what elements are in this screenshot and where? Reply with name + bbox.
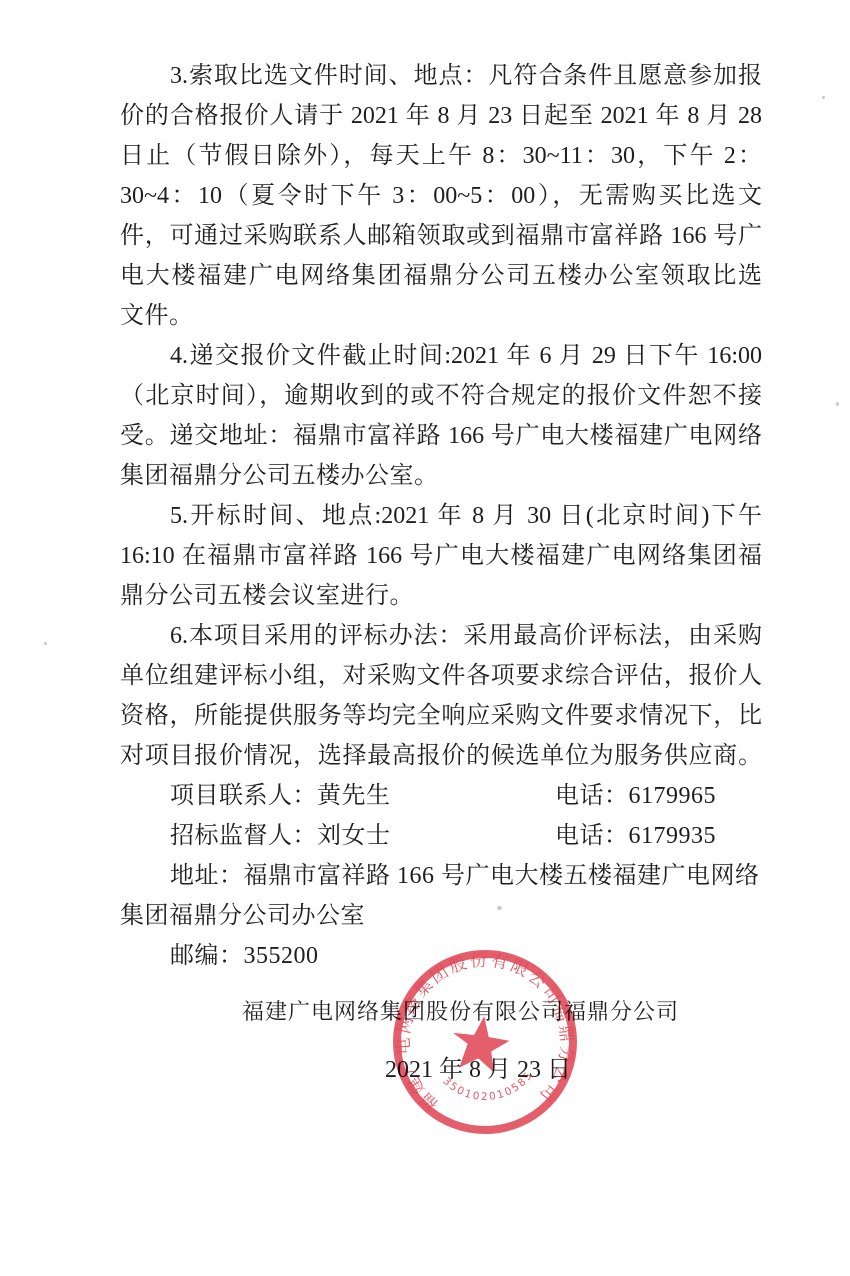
text-line: 3.索取比选文件时间、地点：凡符合条件且愿意参加报 <box>120 56 762 96</box>
document-page: 3.索取比选文件时间、地点：凡符合条件且愿意参加报 价的合格报价人请于 2021… <box>0 0 850 1276</box>
scan-artifact <box>44 642 47 645</box>
text-line: 件，可通过采购联系人邮箱领取或到福鼎市富祥路 166 号广 <box>120 216 762 256</box>
text-line: 受。递交地址：福鼎市富祥路 166 号广电大楼福建广电网络 <box>120 416 762 456</box>
project-contact-row: 项目联系人：黄先生 电话：6179965 <box>120 776 762 816</box>
text-line: 6.本项目采用的评标办法：采用最高价评标法，由采购 <box>120 616 762 656</box>
text-line: 价的合格报价人请于 2021 年 8 月 23 日起至 2021 年 8 月 2… <box>120 96 762 136</box>
text-line: 电大楼福建广电网络集团福鼎分公司五楼办公室领取比选 <box>120 256 762 296</box>
supervisor-contact-phone: 电话：6179935 <box>505 816 716 856</box>
text-line: 单位组建评标小组，对采购文件各项要求综合评估，报价人 <box>120 656 762 696</box>
text-line: 集团福鼎分公司五楼办公室。 <box>120 456 762 496</box>
document-body: 3.索取比选文件时间、地点：凡符合条件且愿意参加报 价的合格报价人请于 2021… <box>120 56 762 976</box>
text-line: 文件。 <box>120 296 762 336</box>
official-seal: 福建广电网络集团股份有限公司福鼎分公司 3501020105854 <box>385 942 585 1142</box>
supervisor-contact-row: 招标监督人：刘女士 电话：6179935 <box>120 816 762 856</box>
text-line: 4.递交报价文件截止时间:2021 年 6 月 29 日下午 16:00 <box>120 336 762 376</box>
seal-star-icon <box>453 1016 510 1072</box>
scan-artifact <box>497 906 502 910</box>
text-line: 资格，所能提供服务等均完全响应采购文件要求情况下，比 <box>120 696 762 736</box>
supervisor-contact-label: 招标监督人：刘女士 <box>170 823 391 849</box>
project-contact-label: 项目联系人：黄先生 <box>170 783 391 809</box>
text-line: 30~4：10（夏令时下午 3：00~5：00），无需购买比选文 <box>120 176 762 216</box>
text-line: 对项目报价情况，选择最高报价的候选单位为服务供应商。 <box>120 736 762 776</box>
scan-artifact <box>822 96 825 99</box>
scan-artifact <box>836 402 839 406</box>
address-line: 地址：福鼎市富祥路 166 号广电大楼五楼福建广电网络 <box>120 856 762 896</box>
text-line: 日止（节假日除外），每天上午 8：30~11：30，下午 2： <box>120 136 762 176</box>
text-line: 16:10 在福鼎市富祥路 166 号广电大楼福建广电网络集团福 <box>120 536 762 576</box>
text-line: （北京时间），逾期收到的或不符合规定的报价文件恕不接 <box>120 376 762 416</box>
address-line: 集团福鼎分公司办公室 <box>120 896 762 936</box>
text-line: 鼎分公司五楼会议室进行。 <box>120 576 762 616</box>
text-line: 5.开标时间、地点:2021 年 8 月 30 日(北京时间)下午 <box>120 496 762 536</box>
project-contact-phone: 电话：6179965 <box>505 776 716 816</box>
